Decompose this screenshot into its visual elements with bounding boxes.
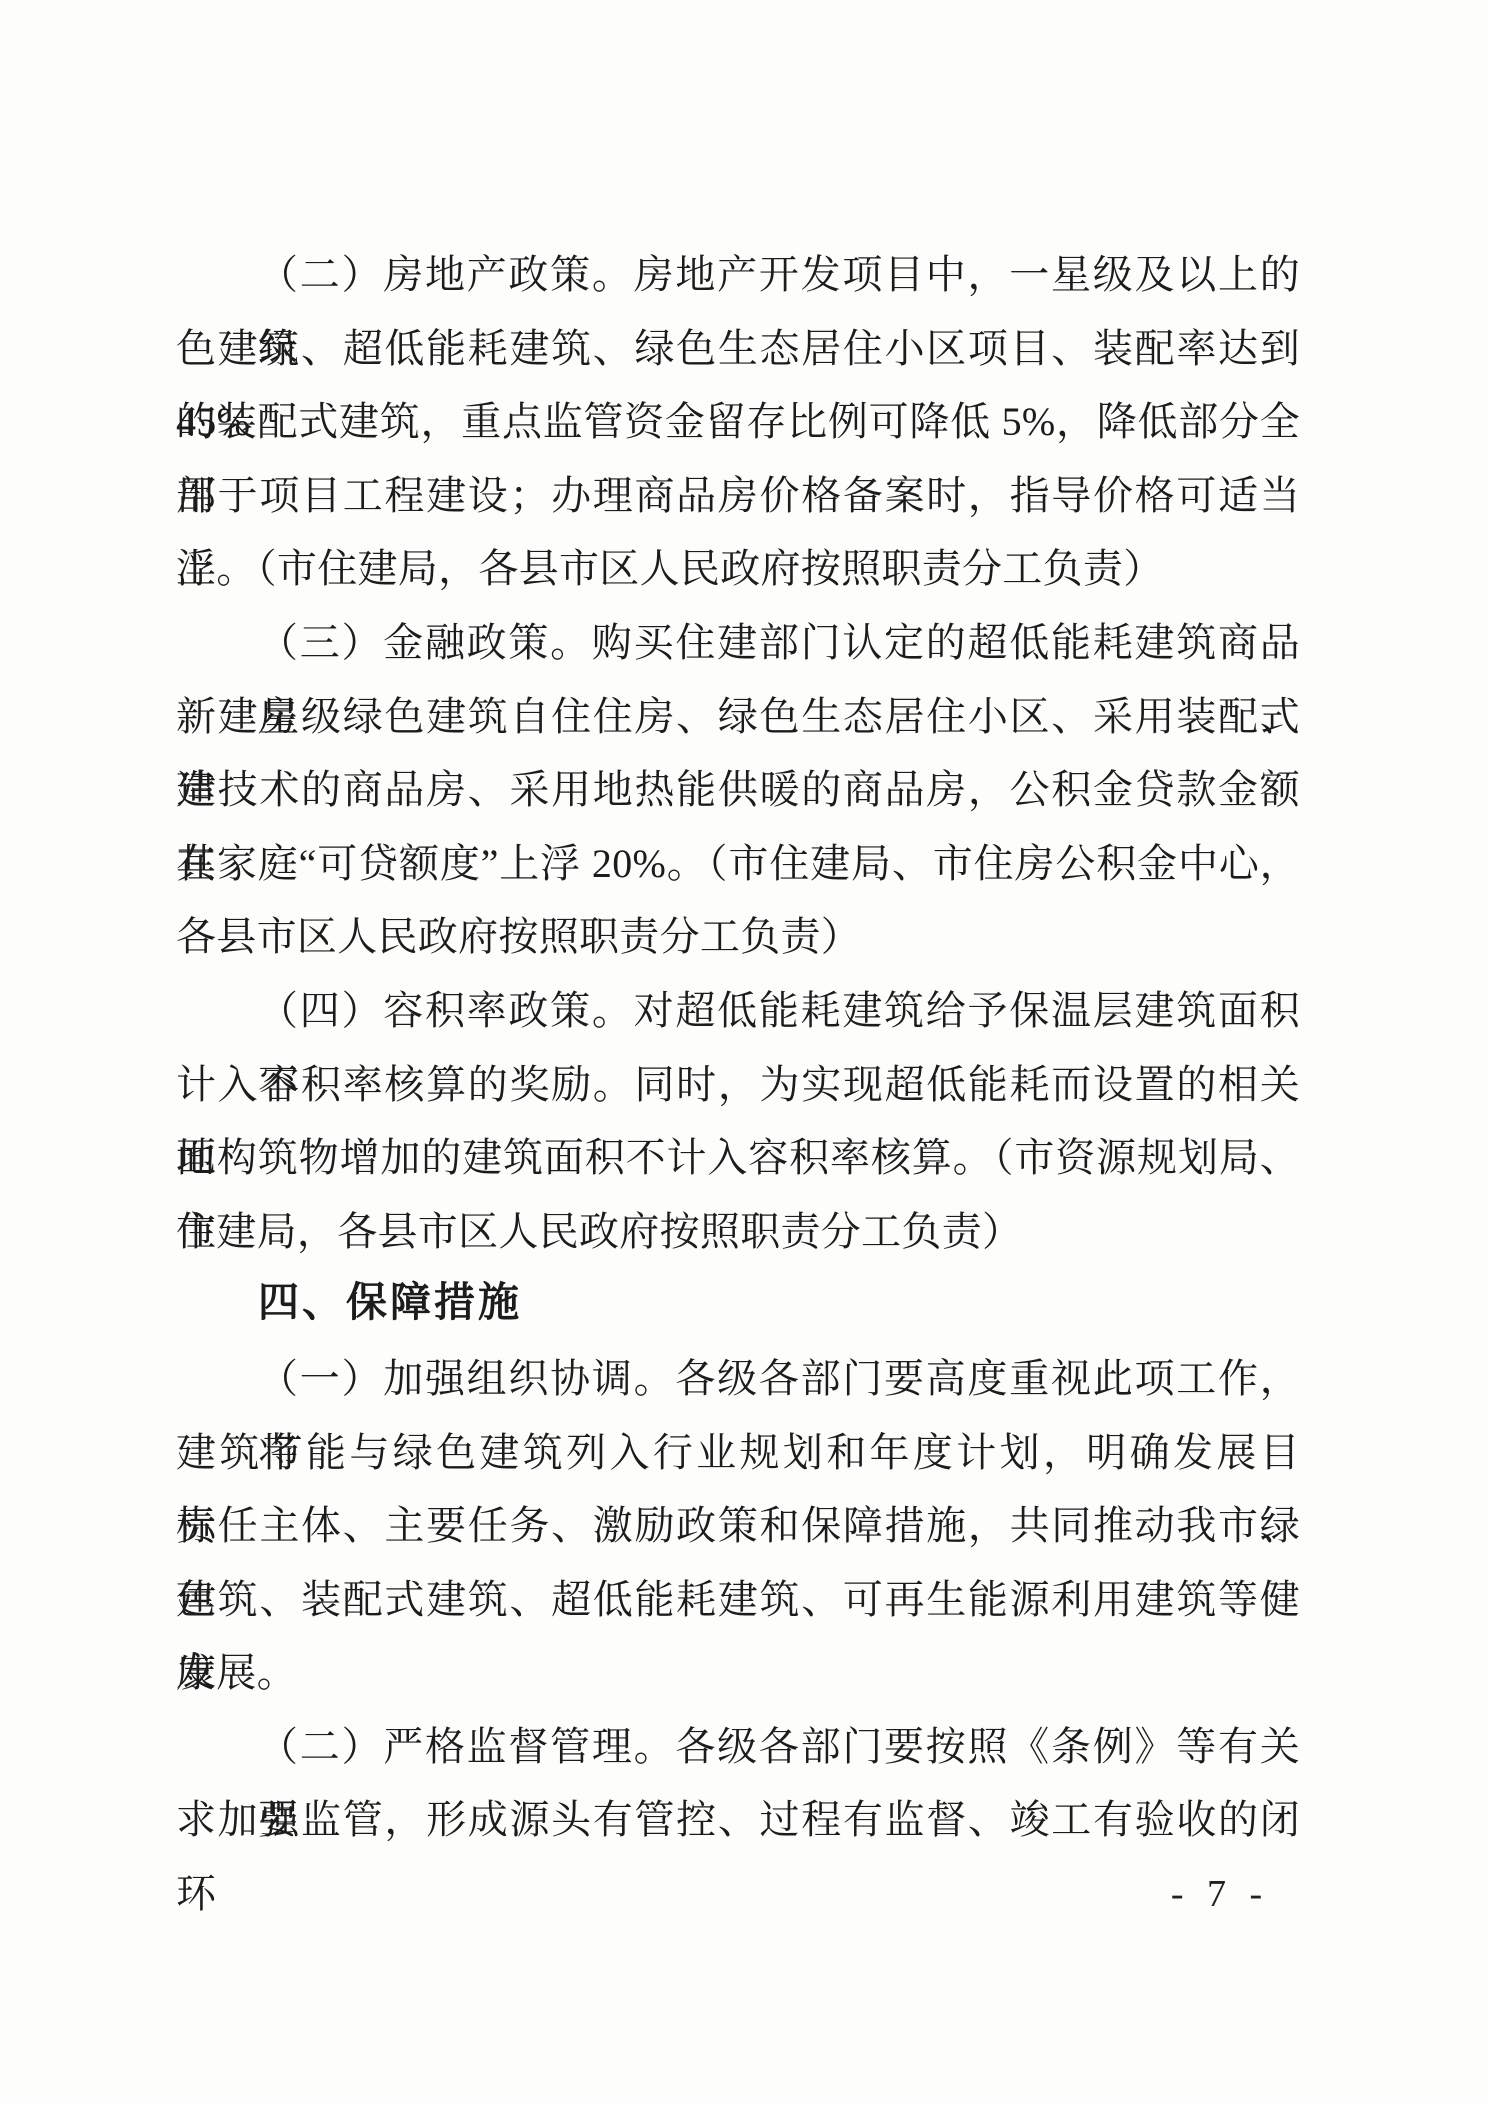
text-line: 责任主体、主要任务、激励政策和保障措施，共同推动我市绿色 bbox=[176, 1489, 1300, 1563]
text-line: 住建局，各县市区人民政府按照职责分工负责） bbox=[176, 1195, 1300, 1269]
document-page: （二）房地产政策。房地产开发项目中，一星级及以上的绿 色建筑、超低能耗建筑、绿色… bbox=[0, 0, 1488, 2104]
text-line: 面构筑物增加的建筑面积不计入容积率核算。（市资源规划局、市 bbox=[176, 1121, 1300, 1195]
text-line: 其家庭“可贷额度”上浮 20%。（市住建局、市住房公积金中心， bbox=[176, 827, 1300, 901]
page-number: - 7 - bbox=[1130, 1872, 1310, 1916]
text-line: 建筑节能与绿色建筑列入行业规划和年度计划，明确发展目标、 bbox=[176, 1416, 1300, 1490]
text-line: （三）金融政策。购买住建部门认定的超低能耗建筑商品房、 bbox=[176, 606, 1300, 680]
text-line: （四）容积率政策。对超低能耗建筑给予保温层建筑面积不 bbox=[176, 974, 1300, 1048]
text-line: 各县市区人民政府按照职责分工负责） bbox=[176, 900, 1300, 974]
text-line: （二）房地产政策。房地产开发项目中，一星级及以上的绿 bbox=[176, 238, 1300, 312]
text-line: 发展。 bbox=[176, 1636, 1300, 1710]
text-line: 建筑、装配式建筑、超低能耗建筑、可再生能源利用建筑等健康 bbox=[176, 1563, 1300, 1637]
text-line: （一）加强组织协调。各级各部门要高度重视此项工作，将 bbox=[176, 1342, 1300, 1416]
text-line: 造技术的商品房、采用地热能供暖的商品房，公积金贷款金额在 bbox=[176, 753, 1300, 827]
section-heading: 四、保障措施 bbox=[176, 1266, 1300, 1340]
text-line: 色建筑、超低能耗建筑、绿色生态居住小区项目、装配率达到 45% bbox=[176, 312, 1300, 386]
text-line: 的装配式建筑，重点监管资金留存比例可降低 5%，降低部分全部 bbox=[176, 385, 1300, 459]
document-body: （二）房地产政策。房地产开发项目中，一星级及以上的绿 色建筑、超低能耗建筑、绿色… bbox=[176, 238, 1300, 1857]
text-line: 求加强监管，形成源头有管控、过程有监督、竣工有验收的闭环 bbox=[176, 1783, 1300, 1857]
text-line: 用于项目工程建设；办理商品房价格备案时，指导价格可适当上 bbox=[176, 459, 1300, 533]
text-line: （二）严格监督管理。各级各部门要按照《条例》等有关要 bbox=[176, 1710, 1300, 1784]
text-line: 浮。（市住建局，各县市区人民政府按照职责分工负责） bbox=[176, 532, 1300, 606]
text-line: 新建星级绿色建筑自住住房、绿色生态居住小区、采用装配式建 bbox=[176, 680, 1300, 754]
text-line: 计入容积率核算的奖励。同时，为实现超低能耗而设置的相关地 bbox=[176, 1048, 1300, 1122]
